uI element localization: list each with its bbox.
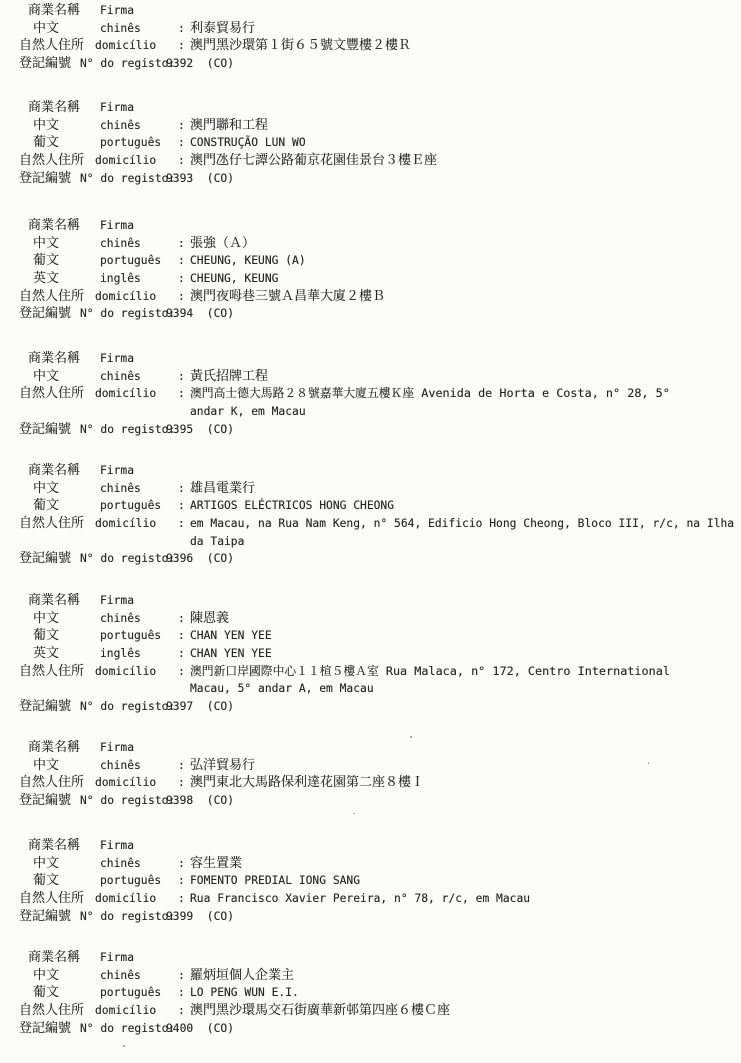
field-value: LO PENG WUN E.I.	[190, 984, 299, 1002]
field-label-pt: português	[100, 984, 161, 1002]
record-header-row: 商業名稱 Firma	[0, 739, 741, 757]
scan-speck	[353, 813, 355, 814]
colon-separator: :	[178, 152, 185, 170]
field-label-cjk: 登記編號	[19, 550, 71, 568]
field-label-cjk: 自然人住所	[19, 515, 84, 533]
label-firma-pt: Firma	[100, 949, 134, 967]
field-label-pt: chinês	[100, 368, 141, 386]
field-label-cjk: 中文	[33, 235, 59, 253]
field-label-cjk: 自然人住所	[19, 890, 84, 908]
name-pt-row: 葡文 português : CHAN YEN YEE	[0, 627, 741, 645]
record-header-row: 商業名稱 Firma	[0, 217, 741, 235]
label-firma-pt: Firma	[100, 592, 134, 610]
field-value: 利泰貿易行	[190, 20, 255, 38]
registration-number: 9393 (CO)	[166, 170, 234, 188]
field-value: CHAN YEN YEE	[190, 645, 272, 663]
field-label-cjk: 登記編號	[19, 792, 71, 810]
colon-separator: :	[178, 117, 185, 135]
field-value: 澳門東北大馬路保利達花園第二座８樓Ｉ	[190, 774, 424, 792]
label-firma-cjk: 商業名稱	[28, 949, 80, 967]
field-label-cjk: 中文	[33, 20, 59, 38]
scan-speck	[410, 736, 412, 738]
colon-separator: :	[178, 480, 185, 498]
colon-separator: :	[178, 663, 185, 681]
record-block: 商業名稱 Firma 中文 chinês : 張強（Ａ） 葡文 portuguê…	[0, 217, 741, 323]
record-header-row: 商業名稱 Firma	[0, 350, 741, 368]
registration-number: 9392 (CO)	[166, 55, 234, 73]
field-label-cjk: 自然人住所	[19, 774, 84, 792]
field-value: 雄昌電業行	[190, 480, 255, 498]
field-label-pt: N° do registo:	[80, 792, 175, 810]
field-label-pt: N° do registo:	[80, 908, 175, 926]
colon-separator: :	[178, 627, 185, 645]
colon-separator: :	[178, 134, 185, 152]
field-label-pt: domicílio	[95, 515, 156, 533]
registration-number: 9400 (CO)	[166, 1020, 234, 1038]
record-block: 商業名稱 Firma 中文 chinês : 容生置業 葡文 português…	[0, 837, 741, 925]
colon-separator: :	[178, 270, 185, 288]
field-label-cjk: 自然人住所	[19, 663, 84, 681]
label-firma-pt: Firma	[100, 350, 134, 368]
name-cn-row: 中文 chinês : 澳門聯和工程	[0, 117, 741, 135]
label-firma-pt: Firma	[100, 837, 134, 855]
field-label-pt: N° do registo:	[80, 550, 175, 568]
name-pt-row: 葡文 português : LO PENG WUN E.I.	[0, 984, 741, 1002]
field-label-cjk: 登記編號	[19, 698, 71, 716]
field-label-pt: domicílio	[95, 774, 156, 792]
field-value: 張強（Ａ）	[190, 235, 255, 253]
record-block: 商業名稱 Firma 中文 chinês : 陳恩義 葡文 português …	[0, 592, 741, 716]
name-en-row: 英文 inglês : CHAN YEN YEE	[0, 645, 741, 663]
registration-row: 登記編號 N° do registo: 9399 (CO)	[0, 908, 741, 926]
field-label-cjk: 登記編號	[19, 908, 71, 926]
field-value: CONSTRUÇÃO LUN WO	[190, 134, 306, 152]
colon-separator: :	[178, 1002, 185, 1020]
field-value: CHEUNG, KEUNG (A)	[190, 252, 306, 270]
domicile-row: 自然人住所 domicílio : em Macau, na Rua Nam K…	[0, 515, 741, 550]
field-label-pt: domicílio	[95, 152, 156, 170]
colon-separator: :	[178, 252, 185, 270]
field-value-continued: da Taipa	[190, 533, 244, 551]
field-label-cjk: 中文	[33, 117, 59, 135]
field-label-pt: N° do registo:	[80, 305, 175, 323]
colon-separator: :	[178, 20, 185, 38]
field-label-pt: inglês	[100, 645, 141, 663]
label-firma-cjk: 商業名稱	[28, 99, 80, 117]
field-label-pt: domicílio	[95, 663, 156, 681]
name-pt-row: 葡文 português : CHEUNG, KEUNG (A)	[0, 252, 741, 270]
colon-separator: :	[178, 37, 185, 55]
field-label-pt: N° do registo:	[80, 170, 175, 188]
label-firma-pt: Firma	[100, 739, 134, 757]
colon-separator: :	[178, 984, 185, 1002]
registration-row: 登記編號 N° do registo: 9398 (CO)	[0, 792, 741, 810]
record-header-row: 商業名稱 Firma	[0, 99, 741, 117]
field-value: CHAN YEN YEE	[190, 627, 272, 645]
field-label-cjk: 葡文	[33, 134, 59, 152]
colon-separator: :	[178, 385, 185, 403]
field-label-pt: chinês	[100, 757, 141, 775]
label-firma-pt: Firma	[100, 462, 134, 480]
name-pt-row: 葡文 português : ARTIGOS ELÉCTRICOS HONG C…	[0, 497, 741, 515]
field-value-continued: andar K, em Macau	[190, 403, 306, 421]
registration-row: 登記編號 N° do registo: 9395 (CO)	[0, 421, 741, 439]
field-value: 澳門夜呣巷三號Ａ昌華大廈２樓Ｂ	[190, 288, 385, 306]
field-label-pt: N° do registo:	[80, 1020, 175, 1038]
registration-row: 登記編號 N° do registo: 9394 (CO)	[0, 305, 741, 323]
colon-separator: :	[178, 757, 185, 775]
scan-speck	[123, 1045, 125, 1047]
registration-row: 登記編號 N° do registo: 9392 (CO)	[0, 55, 741, 73]
record-block: 商業名稱 Firma 中文 chinês : 弘洋貿易行 自然人住所 domic…	[0, 739, 741, 810]
name-cn-row: 中文 chinês : 弘洋貿易行	[0, 757, 741, 775]
field-value: em Macau, na Rua Nam Keng, n° 564, Edifi…	[190, 515, 734, 533]
name-cn-row: 中文 chinês : 黃氏招牌工程	[0, 368, 741, 386]
record-block: 商業名稱 Firma 中文 chinês : 利泰貿易行 自然人住所 domic…	[0, 2, 741, 73]
field-label-cjk: 自然人住所	[19, 1002, 84, 1020]
field-label-cjk: 自然人住所	[19, 152, 84, 170]
field-label-pt: chinês	[100, 967, 141, 985]
label-firma-pt: Firma	[100, 217, 134, 235]
name-cn-row: 中文 chinês : 容生置業	[0, 855, 741, 873]
field-label-pt: domicílio	[95, 385, 156, 403]
field-label-cjk: 英文	[33, 270, 59, 288]
field-label-pt: chinês	[100, 235, 141, 253]
colon-separator: :	[178, 890, 185, 908]
field-label-pt: português	[100, 627, 161, 645]
field-value: FOMENTO PREDIAL IONG SANG	[190, 872, 360, 890]
field-label-cjk: 中文	[33, 368, 59, 386]
registration-row: 登記編號 N° do registo: 9400 (CO)	[0, 1020, 741, 1038]
field-label-pt: português	[100, 872, 161, 890]
field-label-cjk: 中文	[33, 757, 59, 775]
domicile-row: 自然人住所 domicílio : 澳門高士德大馬路２８號嘉華大廈五樓Ｋ座 Av…	[0, 385, 741, 420]
label-firma-cjk: 商業名稱	[28, 350, 80, 368]
colon-separator: :	[178, 872, 185, 890]
field-value-continued: Macau, 5° andar A, em Macau	[190, 680, 374, 698]
record-block: 商業名稱 Firma 中文 chinês : 澳門聯和工程 葡文 portugu…	[0, 99, 741, 187]
field-value: 弘洋貿易行	[190, 757, 255, 775]
scan-speck	[648, 762, 649, 764]
field-label-cjk: 自然人住所	[19, 385, 84, 403]
registration-number: 9399 (CO)	[166, 908, 234, 926]
domicile-row: 自然人住所 domicílio : 澳門氹仔七譚公路葡京花園佳景台３樓Ｅ座	[0, 152, 741, 170]
name-pt-row: 葡文 português : FOMENTO PREDIAL IONG SANG	[0, 872, 741, 890]
registration-number: 9397 (CO)	[166, 698, 234, 716]
field-value: 澳門新口岸國際中心１１楦５樓Ａ室 Rua Malaca, n° 172, Cen…	[190, 663, 670, 681]
field-label-cjk: 英文	[33, 645, 59, 663]
field-label-cjk: 中文	[33, 967, 59, 985]
field-label-cjk: 自然人住所	[19, 288, 84, 306]
field-label-cjk: 登記編號	[19, 421, 71, 439]
name-cn-row: 中文 chinês : 羅炳垣個人企業主	[0, 967, 741, 985]
name-pt-row: 葡文 português : CONSTRUÇÃO LUN WO	[0, 134, 741, 152]
registration-row: 登記編號 N° do registo: 9393 (CO)	[0, 170, 741, 188]
colon-separator: :	[178, 288, 185, 306]
field-label-pt: N° do registo:	[80, 421, 175, 439]
field-label-pt: domicílio	[95, 288, 156, 306]
registration-row: 登記編號 N° do registo: 9397 (CO)	[0, 698, 741, 716]
field-label-cjk: 登記編號	[19, 55, 71, 73]
field-label-pt: chinês	[100, 117, 141, 135]
field-value: 黃氏招牌工程	[190, 368, 268, 386]
colon-separator: :	[178, 645, 185, 663]
registration-row: 登記編號 N° do registo: 9396 (CO)	[0, 550, 741, 568]
field-label-pt: domicílio	[95, 37, 156, 55]
field-label-pt: N° do registo:	[80, 698, 175, 716]
label-firma-cjk: 商業名稱	[28, 217, 80, 235]
field-value: 澳門黑沙環馬交石街廣華新邨第四座６樓Ｃ座	[190, 1002, 450, 1020]
domicile-row: 自然人住所 domicílio : 澳門黑沙環馬交石街廣華新邨第四座６樓Ｃ座	[0, 1002, 741, 1020]
colon-separator: :	[178, 515, 185, 533]
field-value: 澳門黑沙環第１街６５號文豐樓２樓Ｒ	[190, 37, 411, 55]
record-block: 商業名稱 Firma 中文 chinês : 雄昌電業行 葡文 portuguê…	[0, 462, 741, 568]
record-header-row: 商業名稱 Firma	[0, 837, 741, 855]
field-label-pt: inglês	[100, 270, 141, 288]
field-label-cjk: 葡文	[33, 497, 59, 515]
label-firma-cjk: 商業名稱	[28, 462, 80, 480]
field-label-cjk: 登記編號	[19, 170, 71, 188]
field-value: ARTIGOS ELÉCTRICOS HONG CHEONG	[190, 497, 394, 515]
field-label-pt: domicílio	[95, 1002, 156, 1020]
record-header-row: 商業名稱 Firma	[0, 462, 741, 480]
field-label-cjk: 登記編號	[19, 305, 71, 323]
field-value: CHEUNG, KEUNG	[190, 270, 278, 288]
field-label-pt: português	[100, 134, 161, 152]
record-block: 商業名稱 Firma 中文 chinês : 羅炳垣個人企業主 葡文 portu…	[0, 949, 741, 1037]
field-label-cjk: 葡文	[33, 627, 59, 645]
colon-separator: :	[178, 235, 185, 253]
field-label-cjk: 葡文	[33, 984, 59, 1002]
field-value: 澳門聯和工程	[190, 117, 268, 135]
domicile-row: 自然人住所 domicílio : 澳門東北大馬路保利達花園第二座８樓Ｉ	[0, 774, 741, 792]
record-block: 商業名稱 Firma 中文 chinês : 黃氏招牌工程 自然人住所 domi…	[0, 350, 741, 438]
domicile-row: 自然人住所 domicílio : 澳門新口岸國際中心１１楦５樓Ａ室 Rua M…	[0, 663, 741, 698]
record-header-row: 商業名稱 Firma	[0, 592, 741, 610]
field-label-pt: domicílio	[95, 890, 156, 908]
registration-number: 9394 (CO)	[166, 305, 234, 323]
field-label-cjk: 中文	[33, 480, 59, 498]
label-firma-pt: Firma	[100, 2, 134, 20]
field-label-pt: português	[100, 497, 161, 515]
field-label-pt: N° do registo:	[80, 55, 175, 73]
domicile-row: 自然人住所 domicílio : 澳門夜呣巷三號Ａ昌華大廈２樓Ｂ	[0, 288, 741, 306]
field-label-cjk: 中文	[33, 855, 59, 873]
label-firma-pt: Firma	[100, 99, 134, 117]
field-label-cjk: 自然人住所	[19, 37, 84, 55]
name-cn-row: 中文 chinês : 利泰貿易行	[0, 20, 741, 38]
registration-number: 9395 (CO)	[166, 421, 234, 439]
colon-separator: :	[178, 855, 185, 873]
field-label-cjk: 登記編號	[19, 1020, 71, 1038]
field-value: 羅炳垣個人企業主	[190, 967, 294, 985]
field-label-pt: chinês	[100, 610, 141, 628]
field-label-cjk: 葡文	[33, 252, 59, 270]
field-value: 澳門氹仔七譚公路葡京花園佳景台３樓Ｅ座	[190, 152, 437, 170]
colon-separator: :	[178, 774, 185, 792]
field-label-cjk: 中文	[33, 610, 59, 628]
colon-separator: :	[178, 610, 185, 628]
label-firma-cjk: 商業名稱	[28, 592, 80, 610]
field-value: 陳恩義	[190, 610, 229, 628]
field-label-pt: chinês	[100, 855, 141, 873]
name-cn-row: 中文 chinês : 張強（Ａ）	[0, 235, 741, 253]
scanned-registry-page: 商業名稱 Firma 中文 chinês : 利泰貿易行 自然人住所 domic…	[0, 0, 741, 1063]
field-value: Rua Francisco Xavier Pereira, n° 78, r/c…	[190, 890, 530, 908]
field-value: 澳門高士德大馬路２８號嘉華大廈五樓Ｋ座 Avenida de Horta e C…	[190, 385, 670, 403]
field-label-pt: português	[100, 252, 161, 270]
domicile-row: 自然人住所 domicílio : 澳門黑沙環第１街６５號文豐樓２樓Ｒ	[0, 37, 741, 55]
colon-separator: :	[178, 368, 185, 386]
name-en-row: 英文 inglês : CHEUNG, KEUNG	[0, 270, 741, 288]
domicile-row: 自然人住所 domicílio : Rua Francisco Xavier P…	[0, 890, 741, 908]
label-firma-cjk: 商業名稱	[28, 2, 80, 20]
name-cn-row: 中文 chinês : 陳恩義	[0, 610, 741, 628]
colon-separator: :	[178, 497, 185, 515]
record-header-row: 商業名稱 Firma	[0, 949, 741, 967]
name-cn-row: 中文 chinês : 雄昌電業行	[0, 480, 741, 498]
colon-separator: :	[178, 967, 185, 985]
field-label-cjk: 葡文	[33, 872, 59, 890]
field-value: 容生置業	[190, 855, 242, 873]
field-label-pt: chinês	[100, 480, 141, 498]
registration-number: 9398 (CO)	[166, 792, 234, 810]
field-label-pt: chinês	[100, 20, 141, 38]
label-firma-cjk: 商業名稱	[28, 739, 80, 757]
label-firma-cjk: 商業名稱	[28, 837, 80, 855]
registration-number: 9396 (CO)	[166, 550, 234, 568]
record-header-row: 商業名稱 Firma	[0, 2, 741, 20]
